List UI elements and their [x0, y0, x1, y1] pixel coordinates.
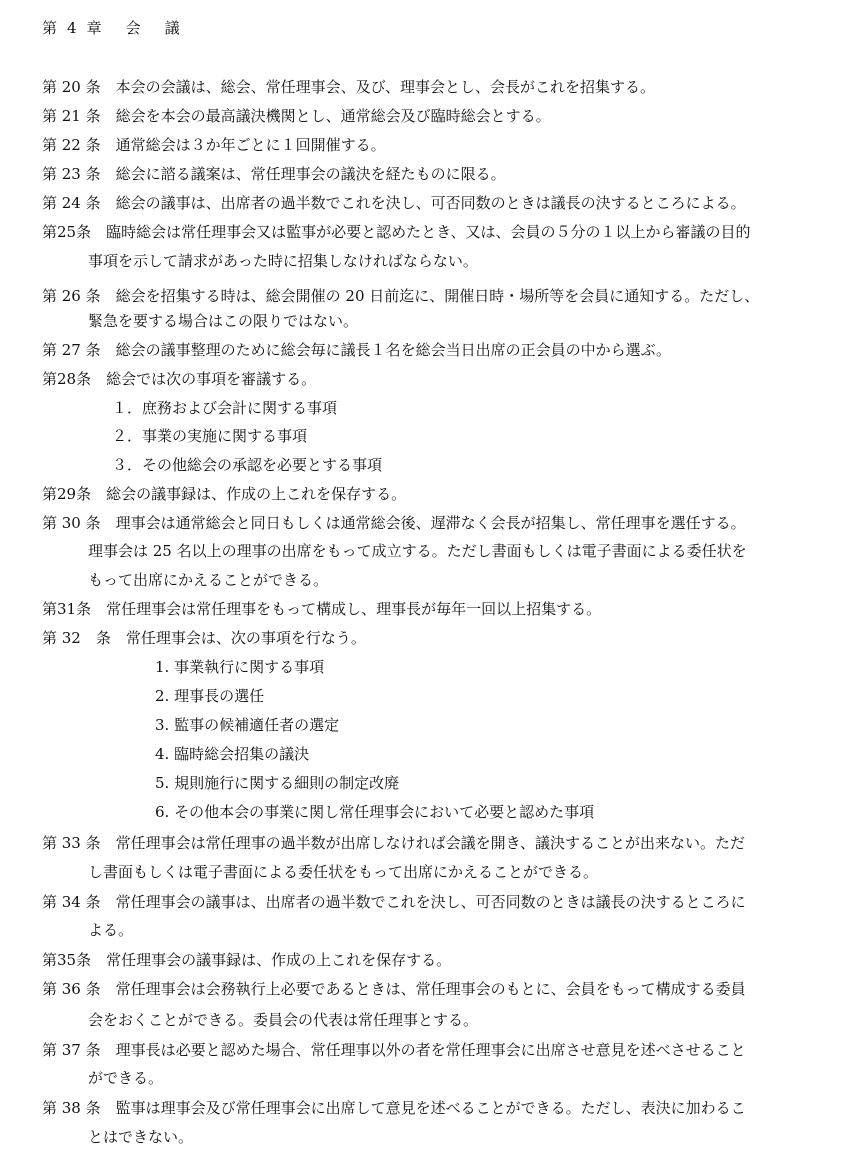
article-label: 第25条	[42, 223, 91, 241]
article-text: 常任理事会は、次の事項を行なう。	[126, 629, 366, 647]
article-25: 第25条 臨時総会は常任理事会又は監事が必要と認めたとき、又は、会員の５分の１以…	[42, 222, 751, 242]
article-31: 第31条 常任理事会は常任理事をもって構成し、理事長が毎年一回以上招集する。	[42, 599, 601, 619]
article-32-item-4: 4. 臨時総会招集の議決	[155, 744, 309, 764]
article-text: 常任理事会の議事録は、作成の上これを保存する。	[106, 951, 451, 969]
article-26: 第 26 条 総会を招集する時は、総会開催の 20 日前迄に、開催日時・場所等を…	[42, 286, 759, 306]
chapter-number: 4	[67, 19, 77, 37]
article-38: 第 38 条 監事は理事会及び常任理事会に出席して意見を述べることができる。ただ…	[42, 1098, 746, 1118]
chapter-title-2: 議	[165, 19, 180, 37]
article-25-continuation: 事項を示して請求があった時に招集しなければならない。	[88, 251, 478, 271]
article-32-item-2: 2. 理事長の選任	[155, 686, 264, 706]
article-text: 総会の議事は、出席者の過半数でこれを決し、可否同数のときは議長の決するところによ…	[116, 194, 746, 212]
article-text: 常任理事会は常任理事をもって構成し、理事長が毎年一回以上招集する。	[106, 600, 601, 618]
article-text: 通常総会は３か年ごとに１回開催する。	[116, 136, 386, 154]
article-21: 第 21 条 総会を本会の最高議決機関とし、通常総会及び臨時総会とする。	[42, 106, 551, 126]
article-text: 本会の会議は、総会、常任理事会、及び、理事会とし、会長がこれを招集する。	[116, 78, 655, 96]
article-label: 第 21 条	[42, 107, 101, 125]
article-label: 第 36 条	[42, 980, 101, 998]
article-label: 第29条	[42, 485, 91, 503]
article-28-item-3: ３．その他総会の承認を必要とする事項	[112, 455, 382, 475]
article-text: 理事会は通常総会と同日もしくは通常総会後、遅滞なく会長が招集し、常任理事を選任す…	[116, 514, 746, 532]
chapter-sho: 章	[87, 19, 102, 37]
article-32: 第 32 条 常任理事会は、次の事項を行なう。	[42, 628, 366, 648]
article-28-item-1: １．庶務および会計に関する事項	[112, 398, 337, 418]
article-label: 第 23 条	[42, 165, 101, 183]
article-32-item-6: 6. その他本会の事業に関し常任理事会において必要と認めた事項	[155, 802, 594, 822]
article-24: 第 24 条 総会の議事は、出席者の過半数でこれを決し、可否同数のときは議長の決…	[42, 193, 746, 213]
article-label: 第 30 条	[42, 514, 101, 532]
article-29: 第29条 総会の議事録は、作成の上これを保存する。	[42, 484, 406, 504]
article-text: 総会を本会の最高議決機関とし、通常総会及び臨時総会とする。	[116, 107, 551, 125]
article-32-item-1: 1. 事業執行に関する事項	[155, 657, 324, 677]
article-37: 第 37 条 理事長は必要と認めた場合、常任理事以外の者を常任理事会に出席させ意…	[42, 1040, 746, 1060]
article-34: 第 34 条 常任理事会の議事は、出席者の過半数でこれを決し、可否同数のときは議…	[42, 892, 746, 912]
article-22: 第 22 条 通常総会は３か年ごとに１回開催する。	[42, 135, 386, 155]
article-36-continuation: 会をおくことができる。委員会の代表は常任理事とする。	[88, 1010, 478, 1030]
article-label: 第 20 条	[42, 78, 101, 96]
article-30-continuation: 理事会は 25 名以上の理事の出席をもって成立する。ただし書面もしくは電子書面に…	[88, 541, 747, 561]
article-label: 第 34 条	[42, 893, 101, 911]
article-text: 常任理事会の議事は、出席者の過半数でこれを決し、可否同数のときは議長の決するとこ…	[116, 893, 746, 911]
article-label: 第35条	[42, 951, 91, 969]
article-label: 第 24 条	[42, 194, 101, 212]
article-label: 第 32 条	[42, 629, 111, 647]
article-text: 監事は理事会及び常任理事会に出席して意見を述べることができる。ただし、表決に加わ…	[116, 1099, 746, 1117]
article-label: 第 38 条	[42, 1099, 101, 1117]
article-text: 臨時総会は常任理事会又は監事が必要と認めたとき、又は、会員の５分の１以上から審議…	[106, 223, 750, 241]
article-label: 第 22 条	[42, 136, 101, 154]
article-text: 総会の議事録は、作成の上これを保存する。	[106, 485, 406, 503]
article-label: 第 37 条	[42, 1041, 101, 1059]
article-text: 総会に諮る議案は、常任理事会の議決を経たものに限る。	[116, 165, 506, 183]
article-text: 常任理事会は常任理事の過半数が出席しなければ会議を開き、議決することが出来ない。…	[116, 834, 745, 852]
article-30: 第 30 条 理事会は通常総会と同日もしくは通常総会後、遅滞なく会長が招集し、常…	[42, 513, 746, 533]
chapter-heading: 第4章会議	[42, 18, 190, 38]
article-20: 第 20 条 本会の会議は、総会、常任理事会、及び、理事会とし、会長がこれを招集…	[42, 77, 655, 97]
article-27: 第 27 条 総会の議事整理のために総会毎に議長１名を総会当日出席の正会員の中か…	[42, 340, 671, 360]
chapter-title-1: 会	[126, 19, 141, 37]
article-26-continuation: 緊急を要する場合はこの限りではない。	[88, 311, 358, 331]
article-37-continuation: ができる。	[88, 1068, 163, 1088]
article-label: 第 27 条	[42, 341, 101, 359]
article-33-continuation: し書面もしくは電子書面による委任状をもって出席にかえることができる。	[88, 862, 598, 882]
article-label: 第 33 条	[42, 834, 101, 852]
article-28: 第28条 総会では次の事項を審議する。	[42, 369, 316, 389]
article-30-continuation-2: もって出席にかえることができる。	[88, 570, 328, 590]
article-text: 総会の議事整理のために総会毎に議長１名を総会当日出席の正会員の中から選ぶ。	[116, 341, 671, 359]
article-32-item-3: 3. 監事の候補適任者の選定	[155, 715, 339, 735]
article-36: 第 36 条 常任理事会は会務執行上必要であるときは、常任理事会のもとに、会員を…	[42, 979, 746, 999]
article-label: 第28条	[42, 370, 91, 388]
article-34-continuation: よる。	[88, 920, 133, 940]
article-33: 第 33 条 常任理事会は常任理事の過半数が出席しなければ会議を開き、議決するこ…	[42, 833, 745, 853]
article-23: 第 23 条 総会に諮る議案は、常任理事会の議決を経たものに限る。	[42, 164, 506, 184]
article-text: 総会では次の事項を審議する。	[106, 370, 316, 388]
article-text: 常任理事会は会務執行上必要であるときは、常任理事会のもとに、会員をもって構成する…	[116, 980, 746, 998]
article-text: 理事長は必要と認めた場合、常任理事以外の者を常任理事会に出席させ意見を述べさせる…	[116, 1041, 746, 1059]
chapter-dai: 第	[42, 19, 57, 37]
article-label: 第 26 条	[42, 287, 101, 305]
article-28-item-2: ２．事業の実施に関する事項	[112, 426, 307, 446]
article-label: 第31条	[42, 600, 91, 618]
article-text: 総会を招集する時は、総会開催の 20 日前迄に、開催日時・場所等を会員に通知する…	[116, 287, 760, 305]
article-38-continuation: とはできない。	[88, 1127, 193, 1147]
article-35: 第35条 常任理事会の議事録は、作成の上これを保存する。	[42, 950, 451, 970]
article-32-item-5: 5. 規則施行に関する細則の制定改廃	[155, 773, 399, 793]
